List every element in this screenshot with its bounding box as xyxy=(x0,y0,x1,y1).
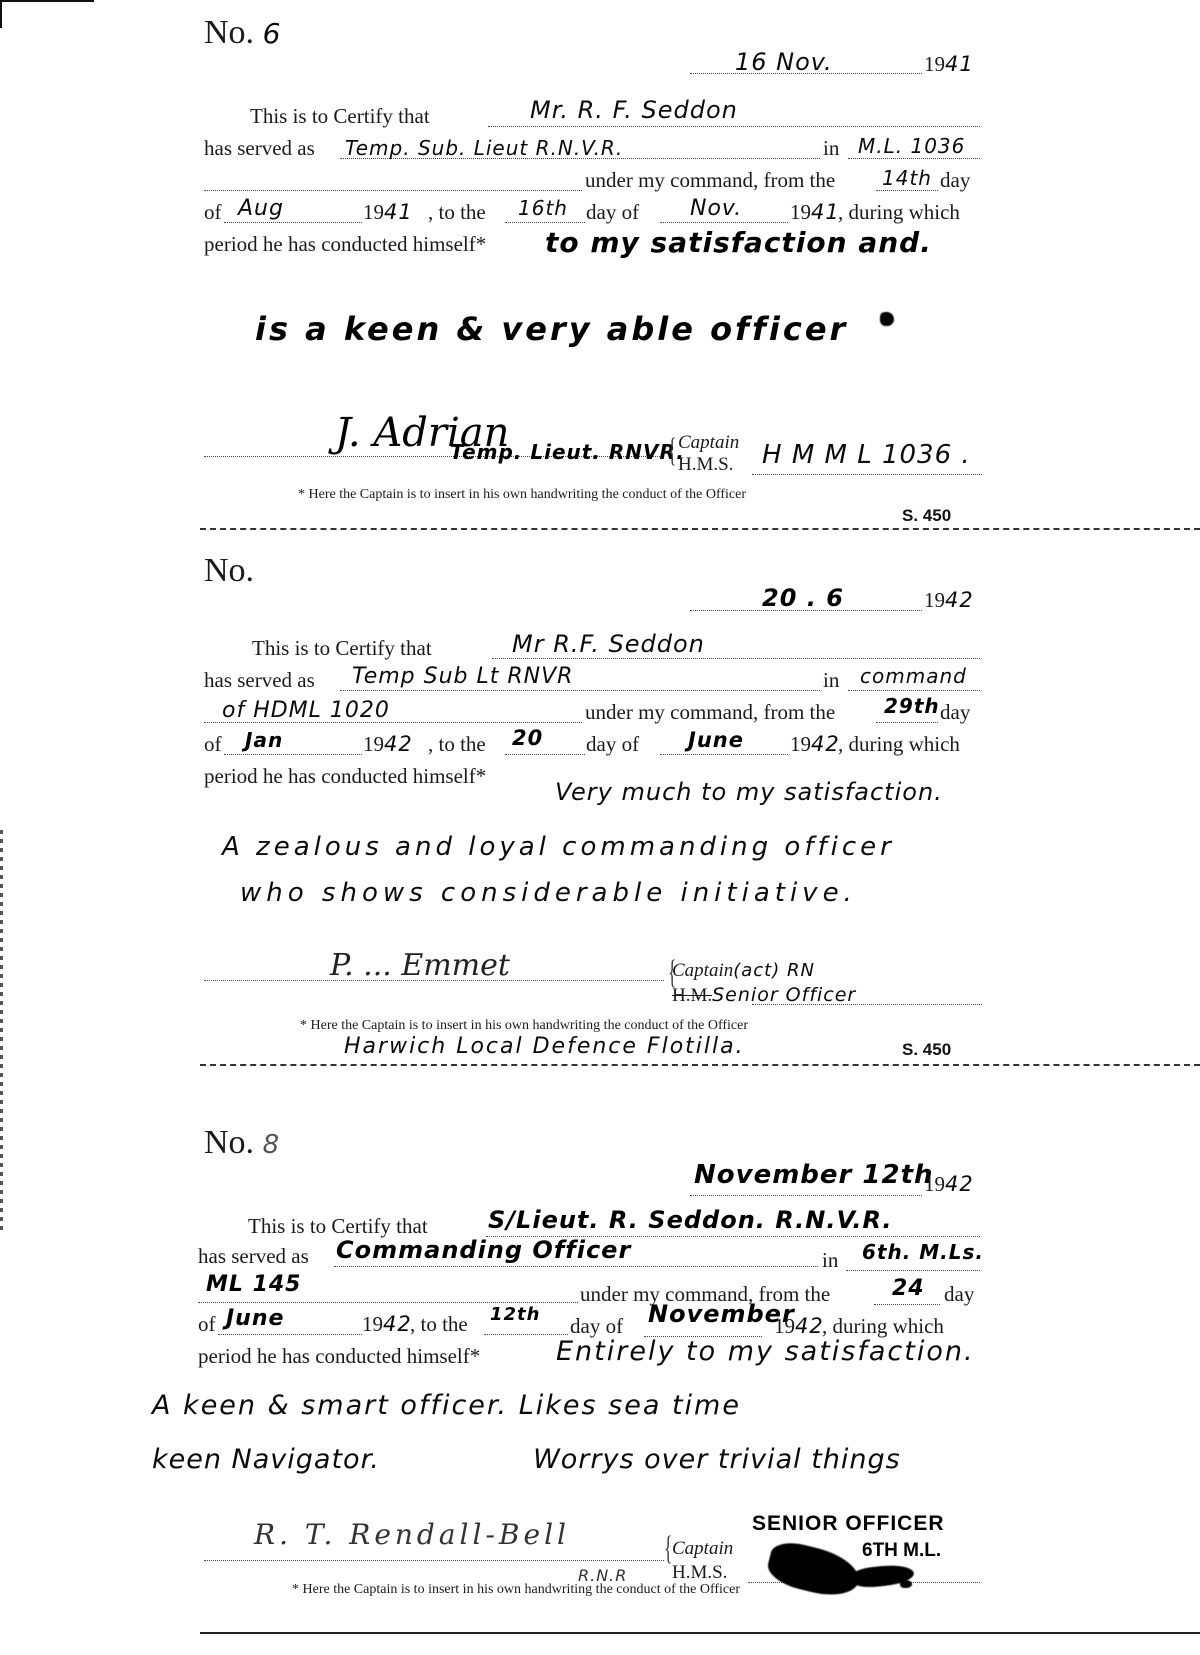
conducted-text: period he has conducted himself* xyxy=(198,1344,480,1369)
hms-label: H.M.S. xyxy=(672,1562,727,1584)
served-as-text: has served as xyxy=(204,136,315,161)
ship-continued-line xyxy=(204,190,582,191)
in-text: in xyxy=(823,136,839,161)
officer-rank: Commanding Officer xyxy=(336,1236,631,1264)
rank-line xyxy=(334,1266,818,1267)
certify-text: This is to Certify that xyxy=(252,636,432,661)
to-day-line xyxy=(505,754,585,755)
to-the-text: , to the xyxy=(410,1312,468,1337)
from-year: 1942 xyxy=(363,732,413,757)
to-day: 12th xyxy=(490,1304,540,1325)
name-line xyxy=(492,658,980,659)
of-text: of xyxy=(204,732,222,757)
day-of-text: day of xyxy=(586,732,639,757)
year-prefix: 19 xyxy=(924,52,945,76)
from-year-suffix: 41 xyxy=(384,200,413,224)
officer-name: Mr R.F. Seddon xyxy=(512,630,705,658)
to-month: November xyxy=(648,1300,795,1328)
to-month-line xyxy=(660,754,788,755)
to-day-line xyxy=(505,222,585,223)
footnote: * Here the Captain is to insert in his o… xyxy=(298,487,746,503)
from-day-line xyxy=(876,190,938,191)
certificate-number-label: No. 6 xyxy=(204,14,281,52)
served-as-text: has served as xyxy=(204,668,315,693)
footnote: * Here the Captain is to insert in his o… xyxy=(292,1582,740,1598)
of-text: of xyxy=(204,200,222,225)
senior-officer-stamp: SENIOR OFFICER xyxy=(752,1512,945,1536)
flotilla-line: Harwich Local Defence Flotilla. xyxy=(344,1034,745,1059)
from-month: Jan xyxy=(245,728,283,752)
from-month-line xyxy=(224,222,362,223)
name-line xyxy=(488,126,980,127)
captain-suffix: (act) RN xyxy=(733,960,815,981)
officer-name: Mr. R. F. Seddon xyxy=(530,96,738,124)
year-suffix: 41 xyxy=(945,52,974,76)
ship-name: M.L. 1036 xyxy=(858,134,965,158)
from-day: 14th xyxy=(882,166,932,190)
conduct-line-3: who shows considerable initiative. xyxy=(240,878,857,908)
of-text: of xyxy=(198,1312,216,1337)
certificate-number-label: No. xyxy=(204,550,254,590)
day-text: day xyxy=(940,168,970,193)
officer-rank: Temp Sub Lt RNVR xyxy=(352,664,573,689)
stamp-ink-smudge xyxy=(764,1538,864,1603)
from-month: June xyxy=(226,1306,284,1331)
certificate-date: November 12th xyxy=(694,1160,934,1190)
from-day: 29th xyxy=(884,694,940,718)
from-year-suffix: 42 xyxy=(384,732,413,756)
day-text: day xyxy=(940,700,970,725)
under-command-text: under my command, from the xyxy=(585,700,835,725)
bottom-separator xyxy=(200,1632,1200,1634)
date-year: 1942 xyxy=(924,1172,974,1197)
year-prefix: 19 xyxy=(362,1312,383,1336)
served-as-text: has served as xyxy=(198,1244,309,1269)
year-prefix: 19 xyxy=(924,588,945,612)
signature-line xyxy=(204,1560,664,1561)
during-which-text: , during which xyxy=(838,732,960,757)
hms-value: H M M L 1036 . xyxy=(762,440,971,470)
to-year: 1942 xyxy=(790,732,840,757)
in-text: in xyxy=(823,668,839,693)
no-label-text: No. xyxy=(204,1124,254,1161)
certify-text: This is to Certify that xyxy=(250,104,430,129)
no-label-text: No. xyxy=(204,14,254,51)
certificate-separator xyxy=(200,528,1200,530)
ship-continued: of HDML 1020 xyxy=(222,698,390,723)
ship-line xyxy=(848,158,980,159)
during-which-text: , during which xyxy=(838,200,960,225)
conduct-line-1: to my satisfaction and. xyxy=(545,226,932,259)
conduct-line-2: is a keen & very able officer xyxy=(255,310,848,348)
captain-label: Captain xyxy=(678,432,739,454)
to-day-line xyxy=(484,1334,568,1335)
officer-name: S/Lieut. R. Seddon. R.N.V.R. xyxy=(488,1206,893,1234)
to-month: Nov. xyxy=(690,196,742,221)
ship-line xyxy=(846,1270,980,1271)
date-year: 1941 xyxy=(924,52,974,77)
to-year-suffix: 41 xyxy=(811,200,840,224)
to-the-text: , to the xyxy=(428,200,486,225)
year-prefix: 19 xyxy=(790,200,811,224)
hms-line xyxy=(752,1004,982,1005)
year-suffix: 42 xyxy=(945,588,974,612)
ink-blot xyxy=(880,312,894,326)
certificate-date: 20 . 6 xyxy=(762,584,844,612)
ship-line xyxy=(848,690,980,691)
certificate-number: 6 xyxy=(263,17,282,50)
captain-label: Captain(act) RN xyxy=(672,960,815,982)
ship-continued-line xyxy=(198,1302,578,1303)
from-month-line xyxy=(218,1334,362,1335)
signature-rank: Temp. Lieut. RNVR. xyxy=(450,440,685,464)
year-prefix: 19 xyxy=(363,732,384,756)
date-year: 1942 xyxy=(924,588,974,613)
conduct-line-2: A keen & smart officer. Likes sea time xyxy=(152,1390,741,1421)
from-month: Aug xyxy=(238,196,284,221)
from-year-suffix: 42 xyxy=(383,1312,412,1336)
to-the-text: , to the xyxy=(428,732,486,757)
conduct-line-2: A zealous and loyal commanding officer xyxy=(222,832,895,862)
officer-rank: Temp. Sub. Lieut R.N.V.R. xyxy=(345,136,623,160)
year-suffix: 42 xyxy=(945,1172,974,1196)
certificate-separator xyxy=(200,1064,1200,1066)
hms-struck: H.M. xyxy=(672,985,712,1006)
day-text: day xyxy=(944,1282,974,1307)
to-day: 20 xyxy=(512,726,543,750)
under-command-text: under my command, from the xyxy=(585,168,835,193)
to-month-line xyxy=(660,222,788,223)
ship-continued: ML 145 xyxy=(206,1272,302,1297)
form-code: S. 450 xyxy=(902,506,951,526)
to-year-suffix: 42 xyxy=(811,732,840,756)
stamp-flotilla-number: 6TH M.L. xyxy=(862,1540,941,1562)
hms-label: H.M.S. xyxy=(678,454,733,476)
year-prefix: 19 xyxy=(790,732,811,756)
date-line xyxy=(690,1195,922,1196)
form-code: S. 450 xyxy=(902,1040,951,1060)
conducted-text: period he has conducted himself* xyxy=(204,232,486,257)
conduct-line-3: keen Navigator. Worrys over trivial thin… xyxy=(152,1444,901,1475)
year-prefix: 19 xyxy=(363,200,384,224)
captain-text: Captain xyxy=(672,960,733,981)
no-label-text: No. xyxy=(204,552,254,589)
year-prefix: 19 xyxy=(924,1172,945,1196)
stamp-ink-smudge xyxy=(900,1580,912,1588)
captain-label: Captain xyxy=(672,1538,733,1560)
scan-crop-mark xyxy=(0,0,94,28)
footnote: * Here the Captain is to insert in his o… xyxy=(300,1018,748,1034)
scan-left-edge-artifact xyxy=(0,830,3,1230)
to-month: June xyxy=(688,728,744,752)
brace-icon: { xyxy=(668,432,676,470)
to-year: 1941 xyxy=(790,200,840,225)
ship-name: command xyxy=(860,664,967,688)
hms-line xyxy=(752,474,982,475)
captain-signature: R. T. Rendall-Bell xyxy=(254,1518,570,1551)
from-day: 24 xyxy=(892,1276,925,1301)
ship-name: 6th. M.Ls. xyxy=(862,1240,984,1264)
from-month-line xyxy=(224,754,362,755)
scanned-document-page: No. 6 16 Nov. 1941 This is to Certify th… xyxy=(0,0,1200,1655)
hms-value: Senior Officer xyxy=(712,984,856,1006)
rank-line xyxy=(340,690,820,691)
from-year: 1941 xyxy=(363,200,413,225)
certificate-date: 16 Nov. xyxy=(735,48,833,76)
captain-signature: P. ... Emmet xyxy=(330,948,510,983)
to-day: 16th xyxy=(518,196,568,220)
certificate-number: 8 xyxy=(263,1130,281,1160)
conduct-line-1: Entirely to my satisfaction. xyxy=(556,1336,975,1367)
day-of-text: day of xyxy=(586,200,639,225)
from-day-line xyxy=(876,722,938,723)
to-year-suffix: 42 xyxy=(795,1314,824,1338)
conducted-text: period he has conducted himself* xyxy=(204,764,486,789)
from-day-line xyxy=(874,1304,940,1305)
from-year: 1942 xyxy=(362,1312,412,1337)
in-text: in xyxy=(822,1248,838,1273)
certificate-number-label: No. 8 xyxy=(204,1124,280,1162)
conduct-line-1: Very much to my satisfaction. xyxy=(555,778,943,806)
year-prefix: 19 xyxy=(774,1314,795,1338)
